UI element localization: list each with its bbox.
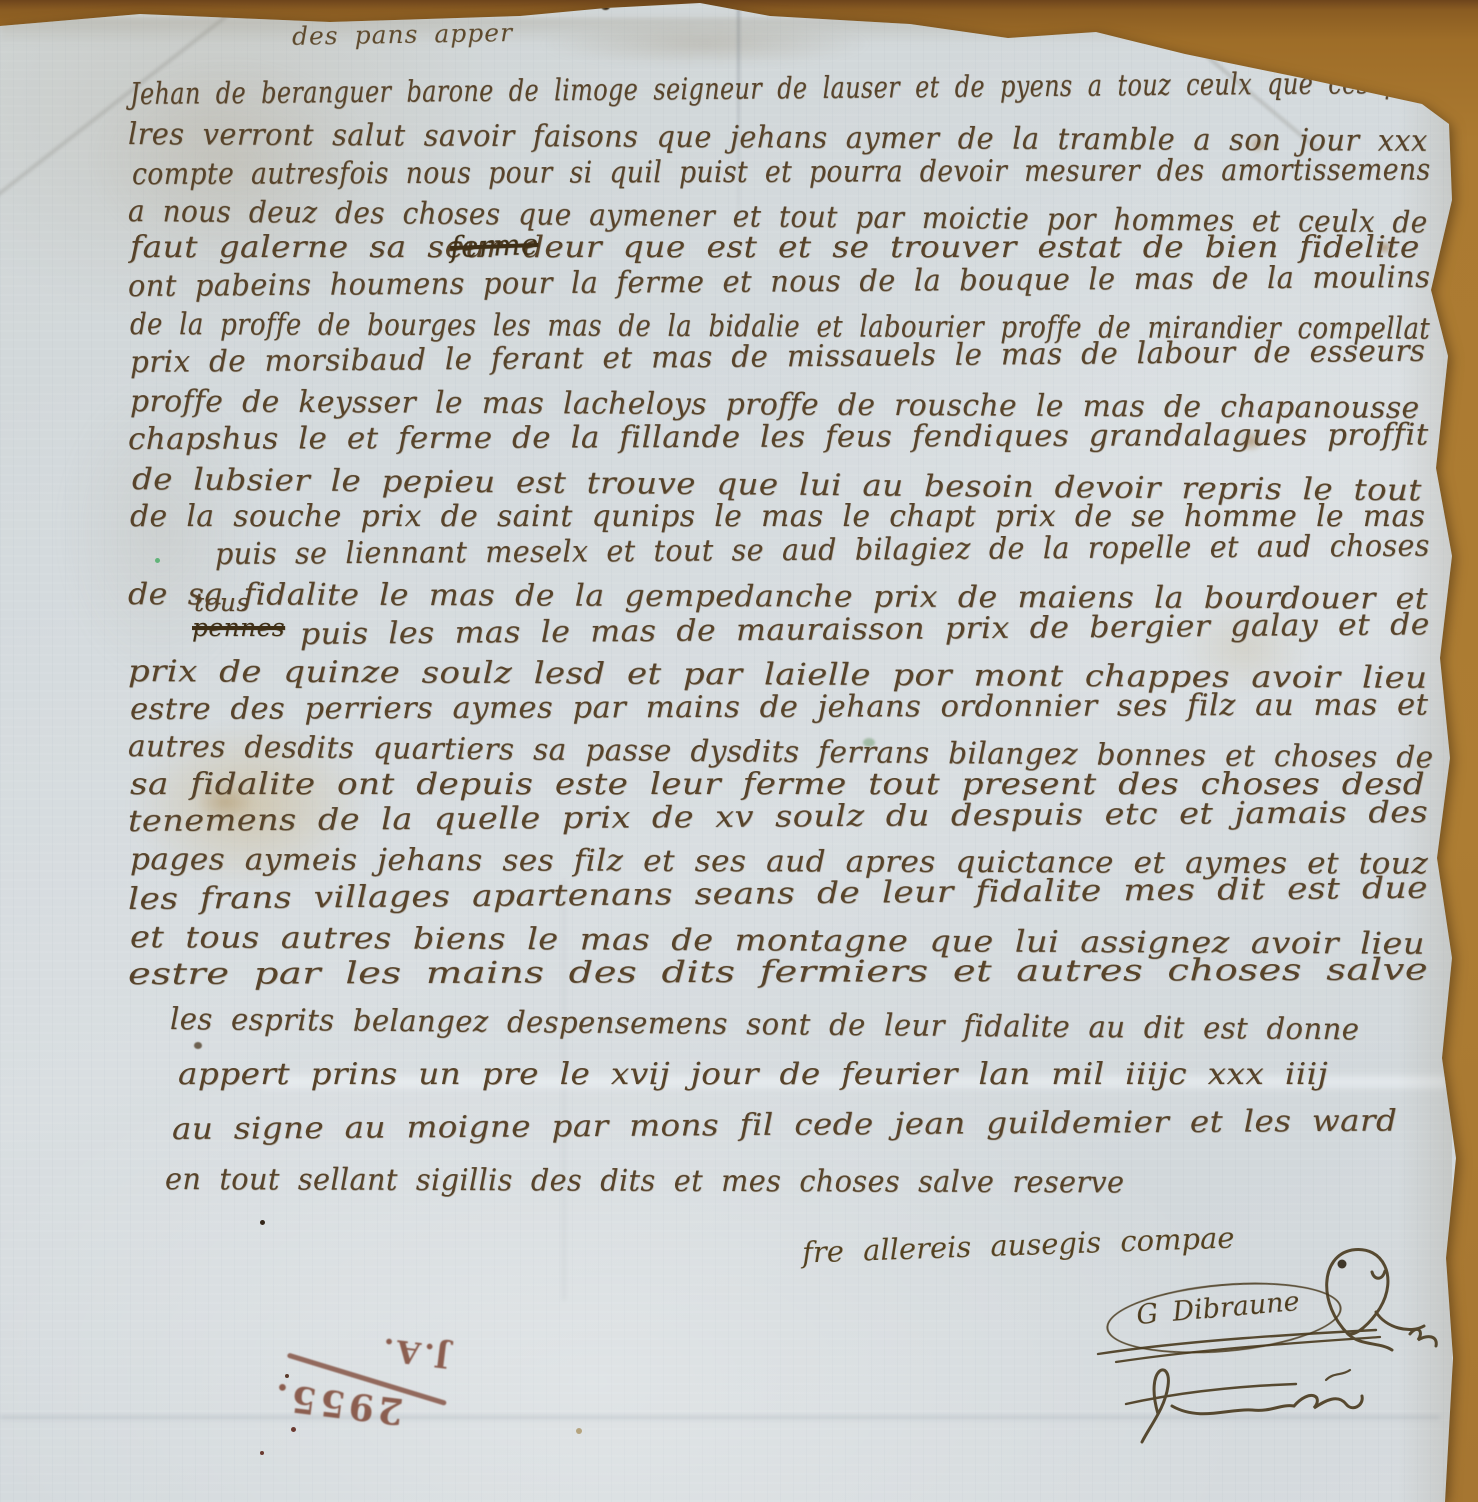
photograph-background: des pans apper Jehan de beranguer barone… [0,0,1478,1502]
manuscript-line: en tout sellant sigillis des dits et mes… [165,1162,1125,1200]
archival-number: 2955. [265,1374,451,1438]
manuscript-line: estre par les mains des dits fermiers et… [128,952,1428,992]
manuscript-line: puis se liennant meselx et tout se aud b… [215,529,1430,572]
ink-speck [291,1427,296,1432]
ink-speck [260,1220,265,1225]
manuscript-line: compte autresfois nous pour si quil puis… [132,152,1431,192]
stain-speck [576,1428,582,1434]
manuscript-line: au signe au moigne par mons fil cede jea… [172,1103,1398,1147]
ink-blot [194,1042,202,1049]
stain [540,22,870,66]
manuscript-line: les esprits belangez despensemens sont d… [170,1002,1360,1047]
struck-word: ferme [449,227,539,264]
manuscript-line: appert prins un pre le xvij jour de feur… [178,1057,1328,1092]
manuscript-paper: des pans apper Jehan de beranguer barone… [0,0,1478,1502]
ink-speck [260,1451,264,1455]
ink-speck [601,3,610,10]
green-speck [155,558,160,563]
top-edge-shading [0,18,1460,44]
manuscript-heading: des pans apper [292,18,514,51]
manuscript-line: faut galerne sa seur deur que est et se … [130,230,1420,265]
manuscript-line: chapshus le et ferme de la fillande les … [128,417,1429,457]
archival-mark: 2955. J.A. [265,1317,458,1437]
signature-paraph-flourish [1080,1238,1478,1453]
manuscript-line: estre des perriers aymes par mains de je… [130,687,1428,727]
manuscript-line: puis les mas le mas de mauraisson prix d… [300,607,1430,652]
manuscript-line: Jehan de beranguer barone de limoge seig… [130,65,1478,112]
manuscript-line: ont pabeins houmens pour la ferme et nou… [128,260,1431,304]
paper-shadow: des pans apper Jehan de beranguer barone… [0,0,1478,1502]
archival-initials: J.A. [272,1317,451,1374]
manuscript-line: de la souche prix de saint qunips le mas… [130,499,1425,534]
struck-word: pennes [192,613,285,642]
